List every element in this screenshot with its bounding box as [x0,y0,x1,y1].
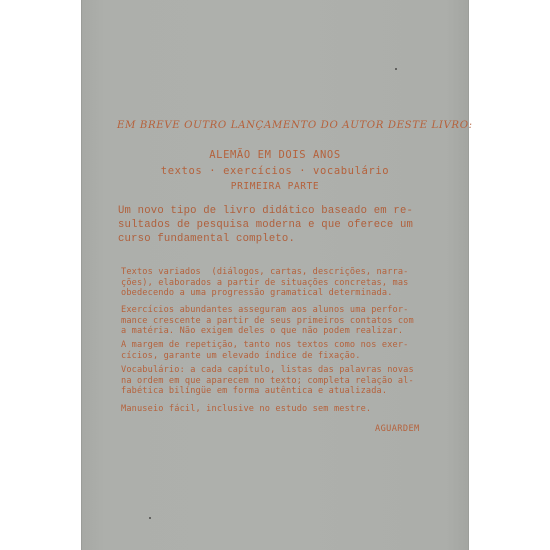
book-title: ALEMÃO EM DOIS ANOS [81,149,469,161]
book-subtitle: textos · exercícios · vocabulário [81,165,469,177]
book-part: PRIMEIRA PARTE [81,181,469,192]
paragraph-vocabulary: Vocabulário: a cada capítulo, listas das… [121,365,414,397]
intro-paragraph: Um novo tipo de livro didático baseado e… [118,204,413,246]
paragraph-line: cícios, garante um elevado índice de fix… [121,351,361,361]
paragraph-texts: Textos variados (diálogos, cartas, descr… [121,267,409,299]
paragraph-repetition: A margem de repetição, tanto nos textos … [121,340,409,361]
paragraph-line: fabética bilíngüe em forma autêntica e a… [121,386,387,396]
paragraph-line: Exercícios abundantes asseguram aos alun… [121,305,409,315]
paragraph-line: Textos variados (diálogos, cartas, descr… [121,267,409,277]
paragraph-line: obedecendo a uma progressão gramatical d… [121,288,393,298]
paper-speck [149,517,151,519]
paragraph-line: ções), elaborados a partir de situações … [121,278,409,288]
intro-line: sultados de pesquisa moderna e que ofere… [118,219,413,231]
paper-speck [395,68,397,70]
paragraph-line: Vocabulário: a cada capítulo, listas das… [121,365,414,375]
paragraph-line: mance crescente a partir de seus primeir… [121,316,414,326]
paragraph-line: Manuseio fácil, inclusive no estudo sem … [121,404,371,414]
paragraph-line: A margem de repetição, tanto nos textos … [121,340,409,350]
book-back-cover: EM BREVE OUTRO LANÇAMENTO DO AUTOR DESTE… [81,0,469,550]
intro-line: Um novo tipo de livro didático baseado e… [118,205,413,217]
paragraph-exercises: Exercícios abundantes asseguram aos alun… [121,305,414,337]
paragraph-line: na ordem em que aparecem no texto; compl… [121,376,414,386]
intro-line: curso fundamental completo. [118,233,295,245]
announcement-heading: EM BREVE OUTRO LANÇAMENTO DO AUTOR DESTE… [117,120,473,131]
closing-word: AGUARDEM [375,424,420,434]
paragraph-handling: Manuseio fácil, inclusive no estudo sem … [121,404,371,415]
paragraph-line: a matéria. Não exigem deles o que não po… [121,326,403,336]
